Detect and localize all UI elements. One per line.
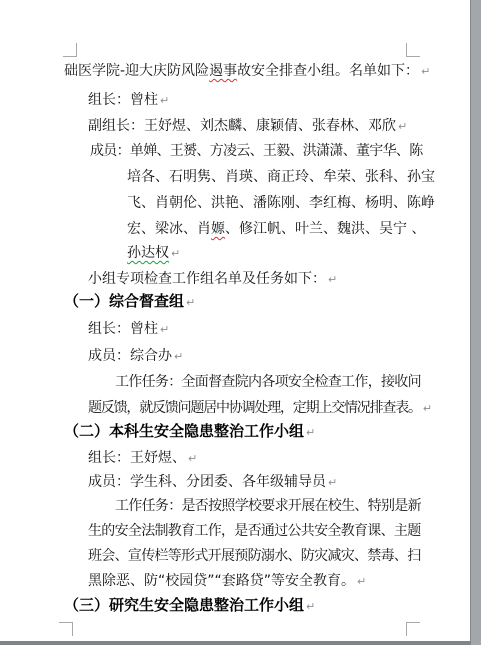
roster-members-text: 、修江帆、叶兰、魏洪、吴宁 、 — [225, 221, 425, 237]
section-2-task-line-1: 工作任务：是否按照学校要求开展在校生、特别是新 — [115, 498, 421, 514]
paragraph-mark-icon: ↵ — [328, 476, 337, 489]
section-2-leader-line: 组长：王妤煜、↵ — [88, 450, 197, 467]
section-members-text: 成员：综合办 — [88, 348, 172, 364]
section-task-text: 班会、宣传栏等形式开展预防溺水、防灾减灾、禁毒、扫 — [88, 548, 421, 564]
roster-member-grammar-text: 孙达权 — [127, 245, 169, 261]
section-heading-text: （二）本科生安全隐患整治工作小组 — [64, 422, 304, 440]
roster-deputy-text: 副组长：王妤煜、刘杰麟、康颖倩、张春林、邓欣 — [88, 118, 396, 134]
section-2-task-line-4: 黑除恶、防“校园贷”“套路贷”等安全教育。↵ — [88, 573, 366, 590]
section-task-text: 题反馈，就反馈问题居中协调处理，定期上交情况排查表。 — [88, 400, 421, 416]
roster-members-line-4: 宏、梁冰、肖嫄、修江帆、叶兰、魏洪、吴宁 、 — [127, 221, 425, 237]
paragraph-mark-icon: ↵ — [423, 402, 432, 415]
section-task-text: 生的安全法制教育工作，是否通过公共安全教育课、主题 — [88, 523, 421, 539]
page-bottom-edge — [0, 641, 471, 645]
section-2-members-line: 成员：学生科、分团委、各年级辅导员↵ — [88, 474, 337, 491]
section-heading-text: （三）研究生安全隐患整治工作小组 — [64, 596, 304, 614]
section-1-task-line-1: 工作任务：全面督查院内各项安全检查工作，接收问 — [115, 374, 421, 390]
paragraph-mark-icon: ↵ — [398, 120, 407, 133]
title-line: 础医学院-迎大庆防风险遏事故安全排查小组。名单如下：↵ — [64, 63, 430, 80]
paragraph-mark-icon: ↵ — [421, 65, 430, 78]
section-task-text: 工作任务：全面督查院内各项安全检查工作，接收问 — [115, 374, 421, 390]
intro-text: 小组专项检查工作组名单及任务如下： — [88, 271, 326, 287]
paragraph-mark-icon: ↵ — [160, 323, 169, 336]
section-1-members-line: 成员：综合办↵ — [88, 348, 183, 365]
section-task-text: 黑除恶、防“校园贷”“套路贷”等安全教育。 — [88, 573, 355, 589]
section-1-task-line-2: 题反馈，就反馈问题居中协调处理，定期上交情况排查表。↵ — [88, 400, 432, 417]
roster-member-misspelled-text: 嫄 — [211, 221, 225, 237]
paragraph-mark-icon: ↵ — [174, 350, 183, 363]
intro-line: 小组专项检查工作组名单及任务如下：↵ — [88, 271, 337, 288]
word-document-view: { "colors": { "page_background": "#fffff… — [0, 0, 481, 645]
title-misspelled-text: 遏事 — [209, 63, 237, 79]
paragraph-mark-icon: ↵ — [328, 273, 337, 286]
section-leader-text: 组长：王妤煜、 — [88, 450, 186, 466]
section-members-text: 成员：学生科、分团委、各年级辅导员 — [88, 474, 326, 490]
paragraph-mark-icon: ↵ — [306, 426, 315, 439]
title-text: 础医学院-迎大庆防风险 — [64, 63, 209, 79]
paragraph-mark-icon: ↵ — [306, 600, 315, 613]
title-text-after: 故安全排查小组。名单如下： — [237, 63, 419, 79]
roster-members-line-2: 培各、石明隽、肖瑛、商正玲、牟荣、张科、孙宝 — [127, 169, 435, 185]
page-right-edge — [470, 0, 481, 645]
roster-members-text: 飞、肖朝伦、洪艳、潘陈刚、李红梅、杨明、陈峥 — [127, 195, 435, 211]
roster-members-text: 培各、石明隽、肖瑛、商正玲、牟荣、张科、孙宝 — [127, 169, 435, 185]
roster-deputy-line: 副组长：王妤煜、刘杰麟、康颖倩、张春林、邓欣↵ — [88, 118, 407, 135]
roster-members-line-3: 飞、肖朝伦、洪艳、潘陈刚、李红梅、杨明、陈峥 — [127, 195, 435, 211]
text-boundary-mark-top-left — [63, 43, 77, 57]
section-2-heading: （二）本科生安全隐患整治工作小组↵ — [64, 423, 315, 441]
section-2-task-line-3: 班会、宣传栏等形式开展预防溺水、防灾减灾、禁毒、扫 — [88, 548, 421, 564]
paragraph-mark-icon: ↵ — [171, 247, 180, 260]
text-boundary-mark-bottom-right — [406, 622, 420, 636]
section-leader-text: 组长：曾柱 — [88, 321, 158, 337]
roster-members-text: 宏、梁冰、肖 — [127, 221, 211, 237]
section-2-task-line-2: 生的安全法制教育工作，是否通过公共安全教育课、主题 — [88, 523, 421, 539]
text-boundary-mark-bottom-left — [59, 622, 73, 636]
paragraph-mark-icon: ↵ — [160, 94, 169, 107]
section-heading-text: （一）综合督查组 — [64, 292, 184, 310]
roster-members-line-1: 成员：单婵、王赟、方凌云、王毅、洪潇潇、董宇华、陈 — [90, 143, 423, 159]
roster-members-line-5: 孙达权↵ — [127, 245, 180, 262]
section-1-leader-line: 组长：曾柱↵ — [88, 321, 169, 338]
document-page[interactable]: 础医学院-迎大庆防风险遏事故安全排查小组。名单如下：↵ 组长：曾柱↵ 副组长：王… — [0, 0, 471, 641]
roster-members-text: 成员：单婵、王赟、方凌云、王毅、洪潇潇、董宇华、陈 — [90, 143, 423, 159]
paragraph-mark-icon: ↵ — [186, 296, 195, 309]
section-3-heading: （三）研究生安全隐患整治工作小组↵ — [64, 597, 315, 615]
paragraph-mark-icon: ↵ — [188, 452, 197, 465]
paragraph-mark-icon: ↵ — [357, 575, 366, 588]
section-1-heading: （一）综合督查组↵ — [64, 293, 195, 311]
roster-leader-text: 组长：曾柱 — [88, 92, 158, 108]
roster-leader-line: 组长：曾柱↵ — [88, 92, 169, 109]
text-boundary-mark-top-right — [406, 43, 420, 57]
section-task-text: 工作任务：是否按照学校要求开展在校生、特别是新 — [115, 498, 421, 514]
